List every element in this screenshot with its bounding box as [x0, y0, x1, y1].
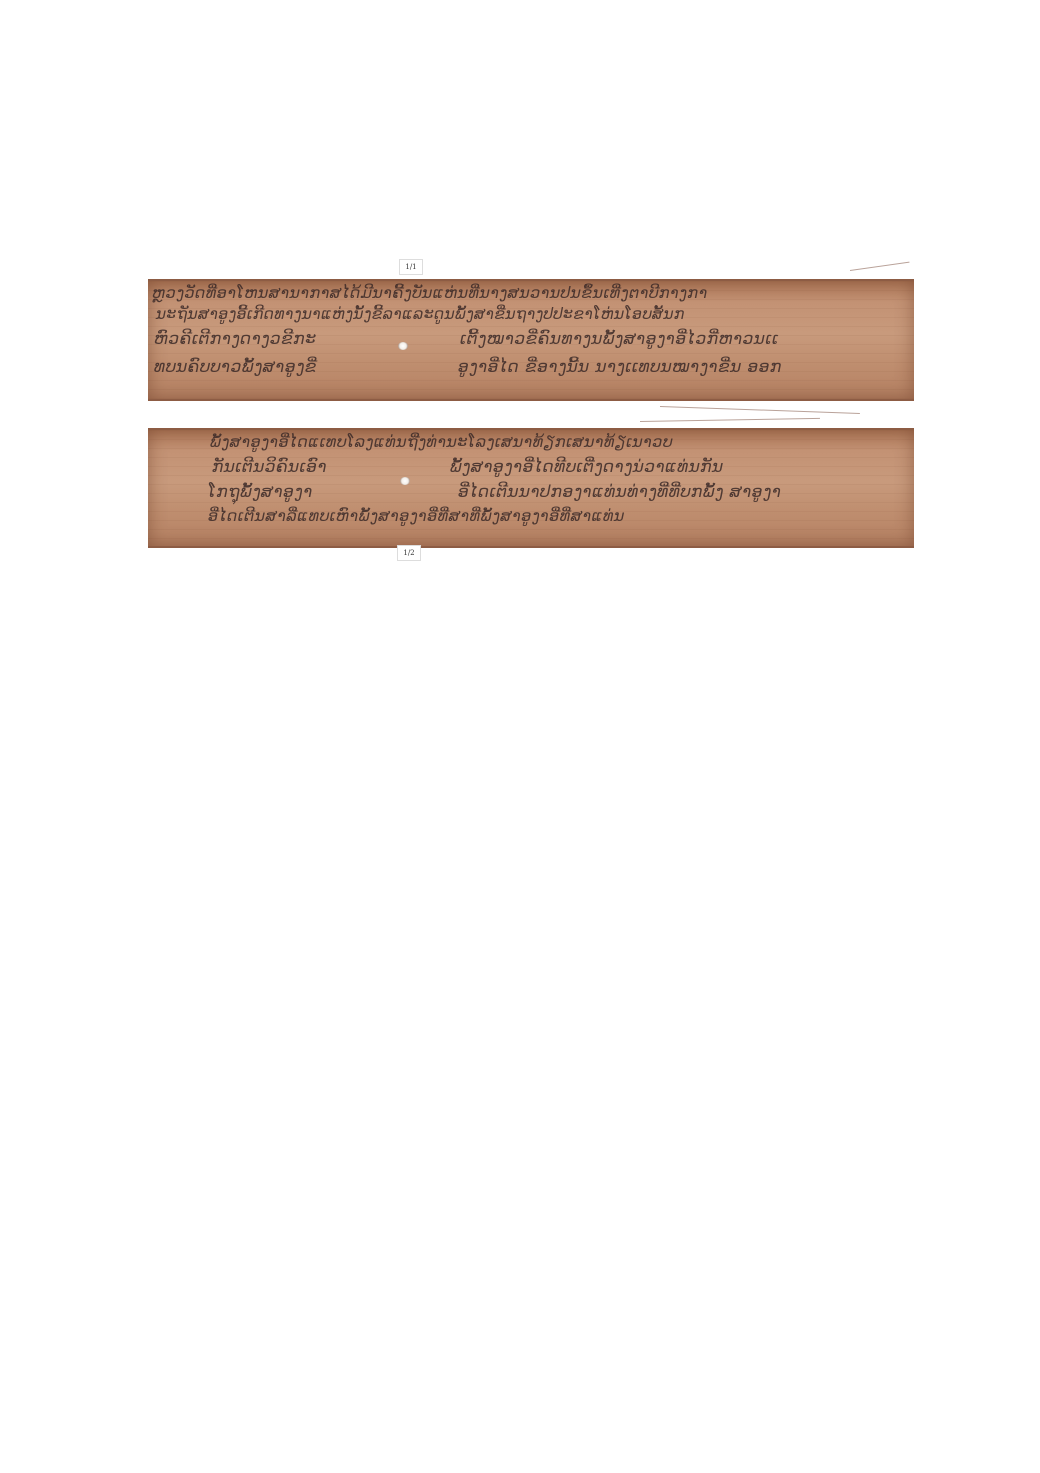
leaf-label-2: 1/2 — [397, 545, 421, 561]
palm-leaf-manuscript-1: ຫຼວງວັດທີ່ອາໂຫນສານາກາສໄດ້ມີນາຄີ້ງບັນແຫ່ນ… — [148, 279, 914, 401]
manuscript-line: ພັ້ງສາອູງາອີ່ໄດທີບເຕີ່ງດາງນ່ວາແທ່ນກັນ — [450, 457, 724, 477]
manuscript-line: ອີ່ໄດເຕີນສາລີ່ແທບເຫົາພັ້ງສາອູງາອີ່ທີ່ສາທ… — [208, 506, 625, 525]
manuscript-line: ໂກຖຸພັ້ງສາອູງາ — [208, 482, 313, 502]
manuscript-line: ກັນເຕີນວິຄົນເອົາ — [212, 457, 327, 477]
leaf-fiber — [850, 262, 910, 271]
manuscript-line: ທບນຄົບບາວພັ້ງສາອູງຂີ່ — [154, 357, 317, 377]
manuscript-line: ຫຼວງວັດທີ່ອາໂຫນສານາກາສໄດ້ມີນາຄີ້ງບັນແຫ່ນ… — [152, 283, 708, 302]
manuscript-line: ພັ້ງສາອູງາອີ່ໄດແເທບໂລງແທ່ນຖີ່ງທ່ານະໂລງເສ… — [210, 432, 673, 451]
leaf-fiber — [640, 418, 820, 422]
manuscript-line: ອູງາອີ່ໄດ ຂີ່ອາງນີ້ນ ນາງເເທບນໝາງາຂີ່ນ ອອ… — [458, 357, 782, 377]
palm-leaf-manuscript-2: ພັ້ງສາອູງາອີ່ໄດແເທບໂລງແທ່ນຖີ່ງທ່ານະໂລງເສ… — [148, 428, 914, 548]
string-hole — [398, 342, 408, 350]
manuscript-line: ຫົວຄີເຕີກາງດາງວຂີກະ — [154, 329, 316, 349]
leaf-fiber — [660, 406, 860, 414]
manuscript-line: ເຕີ້ງໝາວຂີ່ຄົນທາງນພັ້ງສາອູງາອີ່ໄວກີ່ຫາວນ… — [460, 329, 779, 349]
manuscript-line: ນະຖັນສາອູງອີ້ເກີດທາງນາແຫ່ງນັ້ງຂີ້ລາແລະດູ… — [156, 305, 685, 323]
leaf-label-1: 1/1 — [399, 259, 423, 275]
manuscript-line: ອີ່ໄດເຕີນນາປກອງາແທ່ນທ່າງທີ່ທີ່ບກພັ້ງ ສາອ… — [458, 482, 781, 502]
string-hole — [400, 477, 410, 485]
